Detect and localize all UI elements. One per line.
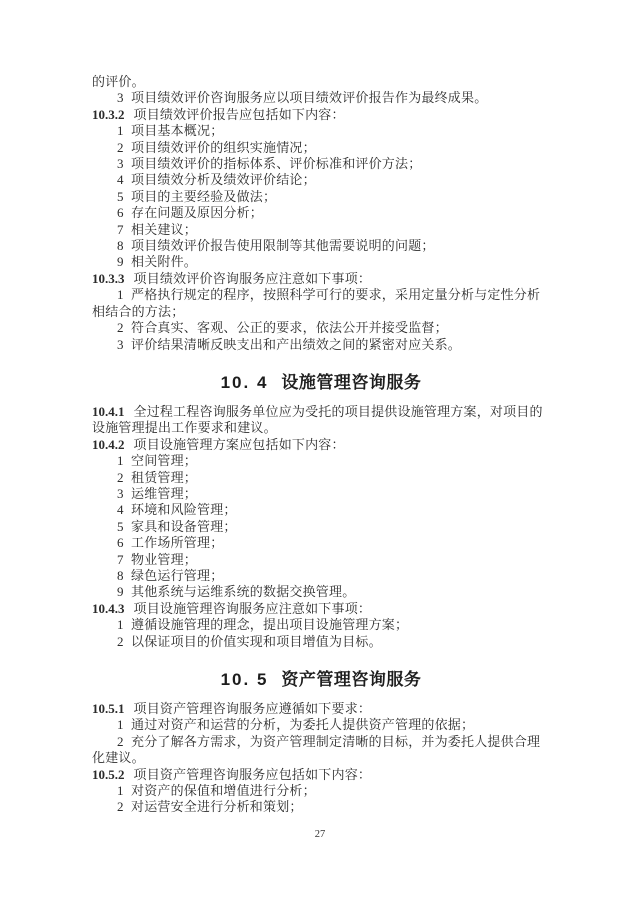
item-number: 6 — [117, 205, 131, 221]
line-text: 物业管理； — [131, 552, 197, 567]
item-number: 3 — [117, 90, 131, 106]
document-body: 的评价。3项目绩效评价咨询服务应以项目绩效评价报告作为最终成果。10.3.2项目… — [92, 74, 550, 816]
item-number: 3 — [117, 486, 131, 502]
clause-line: 10.5.1项目资产管理咨询服务应遵循如下要求： — [92, 701, 550, 717]
item-number: 9 — [117, 254, 131, 270]
list-item-line: 9其他系统与运维系统的数据交换管理。 — [92, 584, 550, 600]
line-text: 以保证项目的价值实现和项目增值为目标。 — [131, 634, 382, 649]
line-text: 项目绩效评价咨询服务应以项目绩效评价报告作为最终成果。 — [131, 90, 487, 105]
item-number: 6 — [117, 535, 131, 551]
line-text: 符合真实、客观、公正的要求，依法公开并接受监督； — [131, 320, 448, 335]
clause-number: 10.5.1 — [92, 701, 125, 716]
list-item-line: 2以保证项目的价值实现和项目增值为目标。 — [92, 634, 550, 650]
item-number: 1 — [117, 287, 131, 303]
item-number: 5 — [117, 189, 131, 205]
clause-number: 10.4.1 — [92, 404, 125, 419]
list-item-line: 1通过对资产和运营的分析，为委托人提供资产管理的依据； — [92, 717, 550, 733]
line-text: 项目绩效评价的组织实施情况； — [131, 140, 316, 155]
line-text: 全过程工程咨询服务单位应为受托的项目提供设施管理方案，对项目的 — [134, 404, 543, 419]
item-number: 4 — [117, 502, 131, 518]
list-item-line: 8绿色运行管理； — [92, 568, 550, 584]
list-item-line: 5项目的主要经验及做法； — [92, 189, 550, 205]
item-number: 1 — [117, 123, 131, 139]
continuation-line: 化建议。 — [92, 750, 550, 766]
line-text: 评价结果清晰反映支出和产出绩效之间的紧密对应关系。 — [131, 337, 461, 352]
line-text: 项目基本概况； — [131, 123, 223, 138]
section-title: 资产管理咨询服务 — [281, 670, 421, 689]
line-text: 工作场所管理； — [131, 535, 223, 550]
line-text: 项目绩效评价报告应包括如下内容： — [134, 107, 345, 122]
list-item-line: 9相关附件。 — [92, 254, 550, 270]
list-item-line: 3项目绩效评价的指标体系、评价标准和评价方法； — [92, 156, 550, 172]
list-item-line: 7相关建议； — [92, 222, 550, 238]
line-text: 家具和设备管理； — [131, 519, 237, 534]
item-number: 7 — [117, 552, 131, 568]
clause-number: 10.3.3 — [92, 271, 125, 286]
section-heading: 10. 5资产管理咨询服务 — [92, 670, 550, 690]
list-item-line: 5家具和设备管理； — [92, 519, 550, 535]
item-number: 2 — [117, 634, 131, 650]
list-item-line: 6工作场所管理； — [92, 535, 550, 551]
line-text: 项目绩效评价咨询服务应注意如下事项： — [134, 271, 372, 286]
clause-number: 10.5.2 — [92, 767, 125, 782]
item-number: 7 — [117, 222, 131, 238]
clause-number: 10.3.2 — [92, 107, 125, 122]
item-number: 2 — [117, 734, 131, 750]
line-text: 空间管理； — [131, 453, 197, 468]
line-text: 对运营安全进行分析和策划； — [131, 799, 303, 814]
item-number: 2 — [117, 320, 131, 336]
section-number: 10. 4 — [221, 373, 269, 392]
line-text: 相关建议； — [131, 222, 197, 237]
item-number: 2 — [117, 140, 131, 156]
list-item-line: 2符合真实、客观、公正的要求，依法公开并接受监督； — [92, 320, 550, 336]
line-text: 绿色运行管理； — [131, 568, 223, 583]
line-text: 项目的主要经验及做法； — [131, 189, 276, 204]
item-number: 4 — [117, 172, 131, 188]
item-number: 1 — [117, 717, 131, 733]
list-item-line: 1空间管理； — [92, 453, 550, 469]
line-text: 项目资产管理咨询服务应遵循如下要求： — [134, 701, 372, 716]
clause-number: 10.4.3 — [92, 601, 125, 616]
document-page: 的评价。3项目绩效评价咨询服务应以项目绩效评价报告作为最终成果。10.3.2项目… — [0, 0, 640, 905]
list-item-line: 3评价结果清晰反映支出和产出绩效之间的紧密对应关系。 — [92, 337, 550, 353]
clause-line: 10.4.2项目设施管理方案应包括如下内容： — [92, 437, 550, 453]
list-item-line: 4项目绩效分析及绩效评价结论； — [92, 172, 550, 188]
list-item-line: 1遵循设施管理的理念，提出项目设施管理方案； — [92, 617, 550, 633]
item-number: 1 — [117, 617, 131, 633]
line-text: 项目设施管理方案应包括如下内容： — [134, 437, 345, 452]
item-number: 2 — [117, 799, 131, 815]
line-text: 项目资产管理咨询服务应包括如下内容： — [134, 767, 372, 782]
item-number: 8 — [117, 238, 131, 254]
clause-line: 10.4.1全过程工程咨询服务单位应为受托的项目提供设施管理方案，对项目的 — [92, 404, 550, 420]
line-text: 对资产的保值和增值进行分析； — [131, 783, 316, 798]
page-number: 27 — [0, 829, 640, 840]
line-text: 严格执行规定的程序，按照科学可行的要求，采用定量分析与定性分析 — [131, 287, 540, 302]
item-number: 9 — [117, 584, 131, 600]
line-text: 环境和风险管理； — [131, 502, 237, 517]
item-number: 8 — [117, 568, 131, 584]
clause-line: 10.5.2项目资产管理咨询服务应包括如下内容： — [92, 767, 550, 783]
list-item-line: 1对资产的保值和增值进行分析； — [92, 783, 550, 799]
list-item-line: 1项目基本概况； — [92, 123, 550, 139]
line-text: 相关附件。 — [131, 254, 197, 269]
continuation-line: 相结合的方法； — [92, 304, 550, 320]
continuation-line: 设施管理提出工作要求和建议。 — [92, 420, 550, 436]
line-text: 遵循设施管理的理念，提出项目设施管理方案； — [131, 617, 408, 632]
list-item-line: 3运维管理； — [92, 486, 550, 502]
line-text: 项目绩效评价的指标体系、评价标准和评价方法； — [131, 156, 421, 171]
item-number: 3 — [117, 156, 131, 172]
list-item-line: 1严格执行规定的程序，按照科学可行的要求，采用定量分析与定性分析 — [92, 287, 550, 303]
item-number: 3 — [117, 337, 131, 353]
item-number: 5 — [117, 519, 131, 535]
list-item-line: 7物业管理； — [92, 552, 550, 568]
section-title: 设施管理咨询服务 — [281, 373, 421, 392]
line-text: 存在问题及原因分析； — [131, 205, 263, 220]
section-number: 10. 5 — [221, 670, 269, 689]
list-item-line: 2充分了解各方需求，为资产管理制定清晰的目标，并为委托人提供合理 — [92, 734, 550, 750]
line-text: 其他系统与运维系统的数据交换管理。 — [131, 584, 355, 599]
clause-number: 10.4.2 — [92, 437, 125, 452]
clause-line: 10.3.3项目绩效评价咨询服务应注意如下事项： — [92, 271, 550, 287]
line-text: 项目绩效评价报告使用限制等其他需要说明的问题； — [131, 238, 435, 253]
list-item-line: 2租赁管理； — [92, 470, 550, 486]
continuation-line: 的评价。 — [92, 74, 550, 90]
line-text: 项目设施管理咨询服务应注意如下事项： — [134, 601, 372, 616]
line-text: 租赁管理； — [131, 470, 197, 485]
section-heading: 10. 4设施管理咨询服务 — [92, 373, 550, 393]
line-text: 充分了解各方需求，为资产管理制定清晰的目标，并为委托人提供合理 — [131, 734, 540, 749]
item-number: 1 — [117, 453, 131, 469]
list-item-line: 3项目绩效评价咨询服务应以项目绩效评价报告作为最终成果。 — [92, 90, 550, 106]
list-item-line: 8项目绩效评价报告使用限制等其他需要说明的问题； — [92, 238, 550, 254]
list-item-line: 4环境和风险管理； — [92, 502, 550, 518]
list-item-line: 6存在问题及原因分析； — [92, 205, 550, 221]
clause-line: 10.4.3项目设施管理咨询服务应注意如下事项： — [92, 601, 550, 617]
line-text: 项目绩效分析及绩效评价结论； — [131, 172, 316, 187]
item-number: 1 — [117, 783, 131, 799]
list-item-line: 2项目绩效评价的组织实施情况； — [92, 140, 550, 156]
clause-line: 10.3.2项目绩效评价报告应包括如下内容： — [92, 107, 550, 123]
item-number: 2 — [117, 470, 131, 486]
line-text: 运维管理； — [131, 486, 197, 501]
line-text: 通过对资产和运营的分析，为委托人提供资产管理的依据； — [131, 717, 474, 732]
list-item-line: 2对运营安全进行分析和策划； — [92, 799, 550, 815]
